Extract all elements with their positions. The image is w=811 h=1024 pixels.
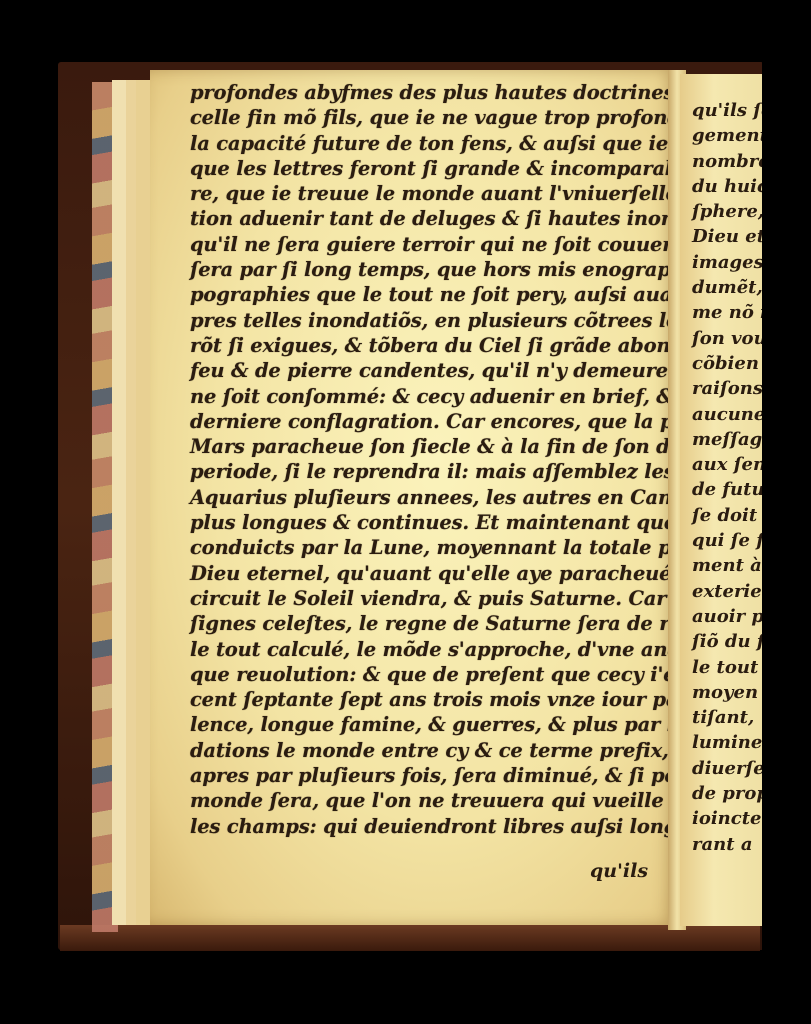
text-line: luminer	[692, 730, 764, 755]
text-line: qu'il ne ſera guiere terroir qui ne ſoit…	[190, 232, 660, 257]
text-line: Mars paracheue ſon ſiecle & à la fin de …	[190, 434, 660, 459]
right-page-text: qu'ils ſon gement c nombre d du huict ſp…	[692, 98, 764, 857]
text-line: monde ſera, que l'on ne treuuera qui vue…	[190, 788, 660, 813]
text-line: circuit le Soleil viendra, & puis Saturn…	[190, 586, 660, 611]
text-line: gement c	[692, 123, 764, 148]
text-line: tion aduenir tant de deluges & ſi hautes…	[190, 206, 660, 231]
catchword: qu'ils	[590, 860, 648, 882]
text-line: Aquarius pluſieurs annees, les autres en…	[190, 485, 660, 510]
text-line: le tout calculé, le mõde s'approche, d'v…	[190, 637, 660, 662]
text-line: ſera par ſi long temps, que hors mis eno…	[190, 257, 660, 282]
text-line: cent ſeptante ſept ans trois mois vnze i…	[190, 687, 660, 712]
text-line: que les lettres feront ſi grande & incom…	[190, 156, 660, 181]
text-line: periode, ſi le reprendra il: mais aſſemb…	[190, 459, 660, 484]
text-line: de futur	[692, 477, 764, 502]
text-line: apres par pluſieurs fois, ſera diminué, …	[190, 763, 660, 788]
right-page: qu'ils ſon gement c nombre d du huict ſp…	[680, 74, 764, 926]
text-line: celle fin mõ fils, que ie ne vague trop …	[190, 105, 660, 130]
text-line: ne ſoit conſommé: & cecy aduenir en brie…	[190, 384, 660, 409]
text-line: plus longues & continues. Et maintenant …	[190, 510, 660, 535]
text-line: auoir pa	[692, 604, 764, 629]
text-line: ſignes celeſtes, le regne de Saturne ſer…	[190, 611, 660, 636]
text-line: rant a	[692, 832, 764, 857]
text-line: rõt ſi exigues, & tõbera du Ciel ſi grãd…	[190, 333, 660, 358]
text-line: ſiõ du ſe	[692, 629, 764, 654]
text-line: ſon voulo	[692, 326, 764, 351]
text-line: ment à	[692, 553, 764, 578]
text-line: ſe doit à	[692, 503, 764, 528]
text-line: meſſagie	[692, 427, 764, 452]
text-line: nombre d	[692, 149, 764, 174]
text-line: images c	[692, 250, 764, 275]
text-line: aucunes ſ	[692, 402, 764, 427]
text-line: que reuolution: & que de preſent que cec…	[190, 662, 660, 687]
text-line: pres telles inondatiõs, en plusieurs cõt…	[190, 308, 660, 333]
text-line: ſphere, q	[692, 199, 764, 224]
text-line: cõbien q	[692, 351, 764, 376]
left-page-text: profondes abyfmes des plus hautes doctri…	[190, 80, 660, 839]
text-line: lence, longue famine, & guerres, & plus …	[190, 712, 660, 737]
text-line: moyen	[692, 680, 764, 705]
text-line: qu'ils ſon	[692, 98, 764, 123]
book-cover-bottom-edge	[60, 925, 760, 951]
text-line: le tout	[692, 655, 764, 680]
text-line: me nõ in	[692, 300, 764, 325]
text-line: feu & de pierre candentes, qu'il n'y dem…	[190, 358, 660, 383]
text-line: pographies que le tout ne ſoit pery, auſ…	[190, 282, 660, 307]
text-line: diuerſes	[692, 756, 764, 781]
text-line: raiſons n	[692, 376, 764, 401]
text-line: exterieu	[692, 579, 764, 604]
text-line: aux ſens	[692, 452, 764, 477]
text-line: Dieu eternel, qu'auant qu'elle aye parac…	[190, 561, 660, 586]
text-line: de prop	[692, 781, 764, 806]
text-line: la capacité future de ton fens, & auſsi …	[190, 131, 660, 156]
text-line: Dieu ete	[692, 224, 764, 249]
text-line: les champs: qui deuiendront libres auſsi…	[190, 814, 660, 839]
text-line: du huict	[692, 174, 764, 199]
text-line: dations le monde entre cy & ce terme pre…	[190, 738, 660, 763]
photo-crop-edge	[762, 0, 811, 1024]
text-line: derniere conflagration. Car encores, que…	[190, 409, 660, 434]
text-line: re, que ie treuue le monde auant l'vniue…	[190, 181, 660, 206]
text-line: dumẽt, ſi	[692, 275, 764, 300]
text-line: profondes abyfmes des plus hautes doctri…	[190, 80, 660, 105]
text-line: conduicts par la Lune, moyennant la tota…	[190, 535, 660, 560]
text-line: qui ſe fa	[692, 528, 764, 553]
text-line: tiſant,	[692, 705, 764, 730]
text-line: ioincte	[692, 806, 764, 831]
